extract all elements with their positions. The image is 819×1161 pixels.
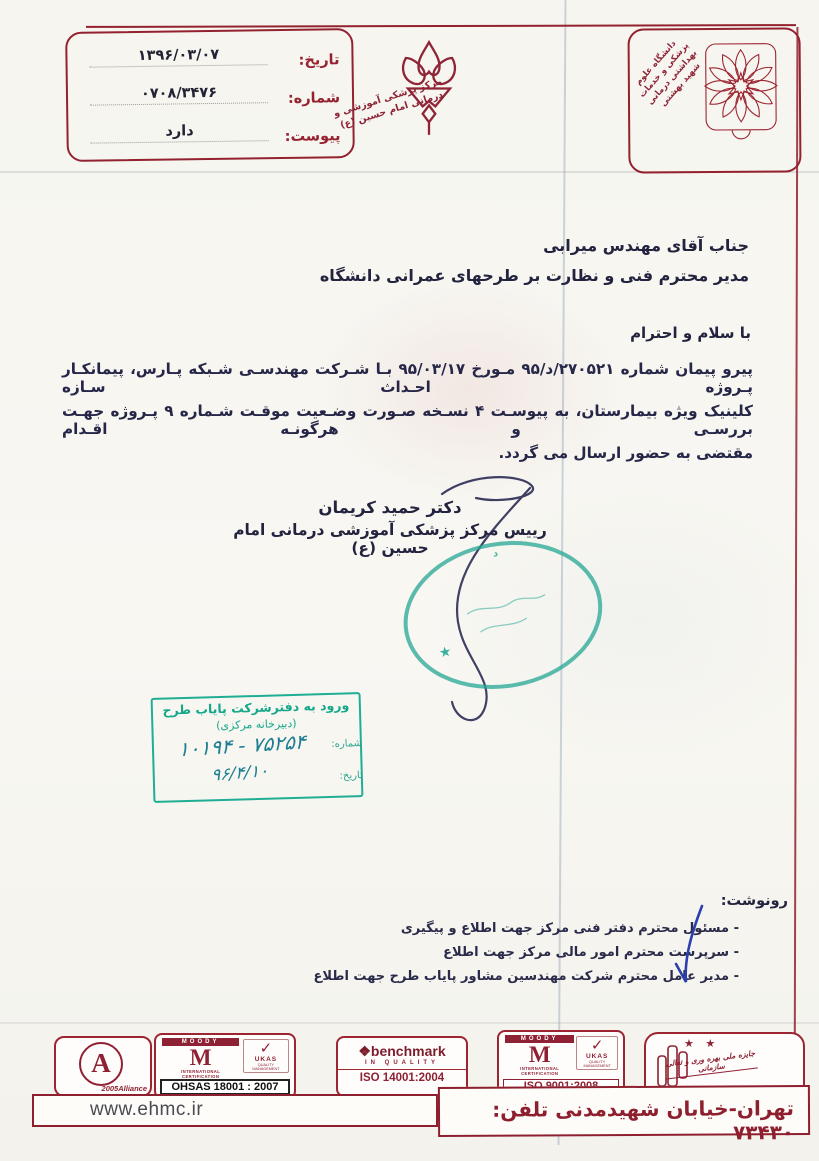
iso14001-caption: ISO 14001:2004 [338,1069,466,1084]
entry-stamp-title: ورود به دفترشرکت پایاب طرح [153,697,359,718]
entry-number-label: شماره: [331,738,362,750]
ukas-sub: QUALITY MANAGEMENT [577,1060,617,1068]
moody-m-icon: M [505,1043,574,1066]
recipient-title: مدیر محترم فنی و نظارت بر طرحهای عمرانی … [64,266,749,285]
date-value: ۱۳۹۶/۰۳/۰۷ [89,46,267,64]
dotted-line [90,102,268,105]
entry-date-handwritten: ۹۶/۴/۱۰ [184,759,295,788]
salutation: با سلام و احترام [64,324,751,342]
moody-logo: MOODY M INTERNATIONAL CERTIFICATION [505,1035,574,1076]
benchmark-brand: benchmark [371,1043,446,1059]
ukas-logo: ✓ UKAS QUALITY MANAGEMENT [243,1039,289,1073]
dotted-line [91,140,269,143]
alliance-cert-logo: A 2005Alliance [54,1036,152,1097]
cc-item: - مسئول محترم دفتر فنی مرکز جهت اطلاع و … [120,921,739,936]
ohsas-cert-logo: MOODY M INTERNATIONAL CERTIFICATION ✓ UK… [154,1033,296,1099]
entry-number-handwritten: ۷۵۲۵۴ - ۱۰۱۹۴ [161,728,322,762]
cc-item: - سرپرست محترم امور مالی مرکز جهت اطلاع [120,945,739,960]
cc-item: - مدیر عامل محترم شرکت مهندسین مشاور پای… [120,969,739,984]
date-field: تاریخ: ۱۳۹۶/۰۳/۰۷ [83,36,339,74]
cc-label: رونوشت: [721,893,788,909]
moody-logo: MOODY M INTERNATIONAL CERTIFICATION [162,1038,239,1079]
letter-sheet: تاریخ: ۱۳۹۶/۰۳/۰۷ شماره: ۰۷۰۸/۳۴۷۶ پیوست… [0,0,819,1161]
number-value: ۰۷۰۸/۳۴۷۶ [90,84,268,102]
ukas-check-icon: ✓ [577,1038,617,1053]
ukas-logo: ✓ UKAS QUALITY MANAGEMENT [576,1036,618,1070]
address-bar: تهران-خیابان شهیدمدنی تلفن: ۷۳۴۳۰ [438,1085,810,1137]
university-logo-box: دانشگاه علوم پزشکی و خدمات بهداشتی درمان… [627,27,801,173]
attachment-field: پیوست: دارد [84,112,340,150]
page-right-rule [794,27,799,1127]
recipient-name: جناب آقای مهندس میرابی [64,236,749,255]
dotted-line [90,64,268,67]
ukas-sub: QUALITY MANAGEMENT [244,1063,288,1071]
entry-date-label: تاریخ: [339,770,363,782]
ukas-name: UKAS [577,1053,617,1060]
entry-stamp-box: ورود به دفترشرکت پایاب طرح (دبیرخانه مرک… [151,692,364,803]
body-line-2: کلینیک ویژه بیمارستان، به پیوسـت ۴ نسـخه… [62,402,753,438]
moody-sub: INTERNATIONAL CERTIFICATION [162,1069,239,1079]
horizontal-crease [0,1022,819,1024]
address-text: تهران-خیابان شهیدمدنی تلفن: ۷۳۴۳۰ [440,1096,794,1146]
attachment-value: دارد [90,122,268,140]
website-bar: www.ehmc.ir [32,1094,438,1127]
ukas-name: UKAS [244,1056,288,1063]
ukas-check-icon: ✓ [244,1041,288,1056]
body-line-1: پیرو پیمان شماره ۲۷۰۵۲۱/د/۹۵ مـورخ ۹۵/۰۳… [62,360,753,396]
moody-sub: INTERNATIONAL CERTIFICATION [505,1066,574,1076]
website-url: www.ehmc.ir [90,1099,203,1121]
alliance-a-icon: A [79,1042,123,1086]
alliance-caption: 2005Alliance [102,1084,147,1093]
handwritten-checkmark [668,902,712,992]
ohsas-caption: OHSAS 18001 : 2007 [160,1079,290,1095]
stamp-star-icon: ★ [438,644,453,662]
benchmark-diamond-icon: ❖ [358,1043,371,1059]
entry-stamp-subtitle: (دبیرخانه مرکزی) [153,715,359,734]
number-field: شماره: ۰۷۰۸/۳۴۷۶ [84,74,340,112]
benchmark-sub: IN QUALITY [338,1060,466,1066]
moody-m-icon: M [162,1046,239,1069]
letter-info-box: تاریخ: ۱۳۹۶/۰۳/۰۷ شماره: ۰۷۰۸/۳۴۷۶ پیوست… [65,28,355,162]
